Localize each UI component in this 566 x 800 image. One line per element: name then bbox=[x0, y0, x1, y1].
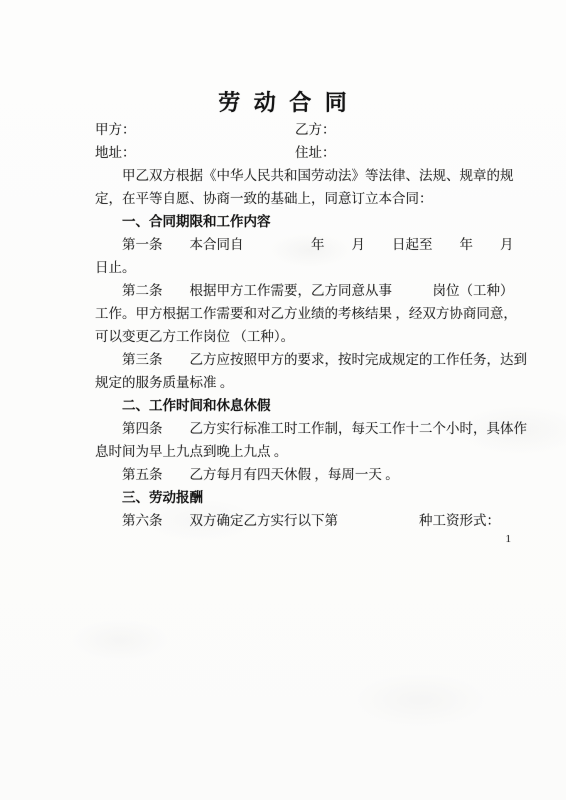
address-a-label: 地址： bbox=[95, 141, 295, 164]
preamble-paragraph: 甲乙双方根据《中华人民共和国劳动法》等法律、法规、规章的规 定，在平等自愿、协商… bbox=[95, 164, 519, 210]
section-1-heading: 一、合同期限和工作内容 bbox=[95, 210, 519, 233]
article-3: 第三条 乙方应按照甲方的要求，按时完成规定的工作任务，达到 规定的服务质量标准 … bbox=[95, 348, 519, 394]
address-row: 地址：住址： bbox=[95, 141, 519, 164]
address-b-label: 住址： bbox=[295, 145, 336, 160]
article-5: 第五条 乙方每月有四天休假 ，每周一天 。 bbox=[95, 463, 519, 486]
contract-page: 劳 动 合 同 甲方：乙方： 地址：住址： 甲乙双方根据《中华人民共和国劳动法》… bbox=[0, 0, 566, 800]
document-body: 甲方：乙方： 地址：住址： 甲乙双方根据《中华人民共和国劳动法》等法律、法规、规… bbox=[95, 118, 519, 546]
article-4: 第四条 乙方实行标准工时工作制，每天工作十二个小时，具体作 息时间为早上九点到晚… bbox=[95, 417, 519, 463]
section-3-heading: 三、劳动报酬 bbox=[95, 486, 519, 509]
article-1: 第一条 本合同自 年 月 日起至 年 月 日止。 bbox=[95, 233, 519, 279]
article-2: 第二条 根据甲方工作需要，乙方同意从事 岗位（工种） 工作。甲方根据工作需要和对… bbox=[95, 279, 519, 348]
party-b-label: 乙方： bbox=[295, 122, 336, 137]
page-number: 1 bbox=[95, 532, 519, 546]
party-row: 甲方：乙方： bbox=[95, 118, 519, 141]
section-2-heading: 二、工作时间和休息休假 bbox=[95, 394, 519, 417]
party-a-label: 甲方： bbox=[95, 118, 295, 141]
article-6: 第六条 双方确定乙方实行以下第 种工资形式： bbox=[95, 509, 519, 532]
document-title: 劳 动 合 同 bbox=[0, 0, 566, 118]
